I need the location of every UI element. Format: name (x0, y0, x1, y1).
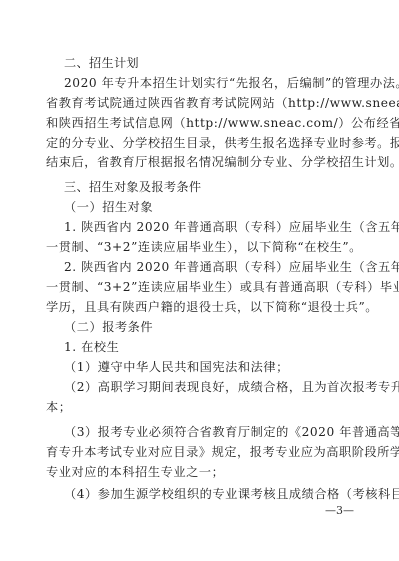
paragraph-line: （4）参加生源学校组织的专业课考核且成绩合格（考核科目 (64, 487, 352, 501)
paragraph-line: 一贯制、“3+2”连读应届毕业生），以下简称“在校生”。 (46, 240, 352, 254)
paragraph-line: 2020 年专升本招生计划实行“先报名，后编制”的管理办法。 (64, 76, 352, 90)
paragraph-line: 育专升本考试专业对应目录》规定，报考专业应为高职阶段所学 (46, 445, 352, 459)
paragraph-line: （2）高职学习期间表现良好，成绩合格，且为首次报考专升 (64, 380, 352, 394)
subsection-heading-target: （一）招生对象 (64, 200, 352, 214)
paragraph-line: 2. 陕西省内 2020 年普通高职（专科）应届毕业生（含五年 (64, 260, 352, 274)
section-heading-eligibility: 三、招生对象及报考条件 (64, 180, 352, 194)
paragraph-line: 省教育考试院通过陕西省教育考试院网站（http://www.sneea.cn/） (46, 96, 352, 110)
paragraph-line: （3）报考专业必须符合省教育厅制定的《2020 年普通高等教 (64, 425, 352, 439)
paragraph-line: 1. 陕西省内 2020 年普通高职（专科）应届毕业生（含五年 (64, 220, 352, 234)
paragraph-line: 一贯制、“3+2”连读应届毕业生）或具有普通高职（专科）毕业 (46, 280, 352, 294)
subsection-heading-conditions: （二）报考条件 (64, 320, 352, 334)
paragraph-line: 专业对应的本科招生专业之一； (46, 465, 352, 479)
paragraph-line: （1）遵守中华人民共和国宪法和法律； (64, 360, 352, 374)
paragraph-line: 学历，且具有陕西户籍的退役士兵，以下简称“退役士兵”。 (46, 300, 352, 314)
document-page: 二、招生计划 2020 年专升本招生计划实行“先报名，后编制”的管理办法。 省教… (0, 0, 399, 561)
paragraph-line: 结束后，省教育厅根据报名情况编制分专业、分学校招生计划。 (46, 155, 352, 169)
paragraph-line: 本； (46, 400, 352, 414)
page-number: —3— (325, 504, 354, 517)
paragraph-line: 定的分专业、分学校招生目录，供考生报名选择专业时参考。报名 (46, 136, 352, 150)
item-heading-students: 1. 在校生 (64, 340, 352, 354)
paragraph-line: 和陕西招生考试信息网（http://www.sneac.com/）公布经省教育厅… (46, 116, 352, 130)
section-heading-enrollment-plan: 二、招生计划 (64, 56, 352, 70)
